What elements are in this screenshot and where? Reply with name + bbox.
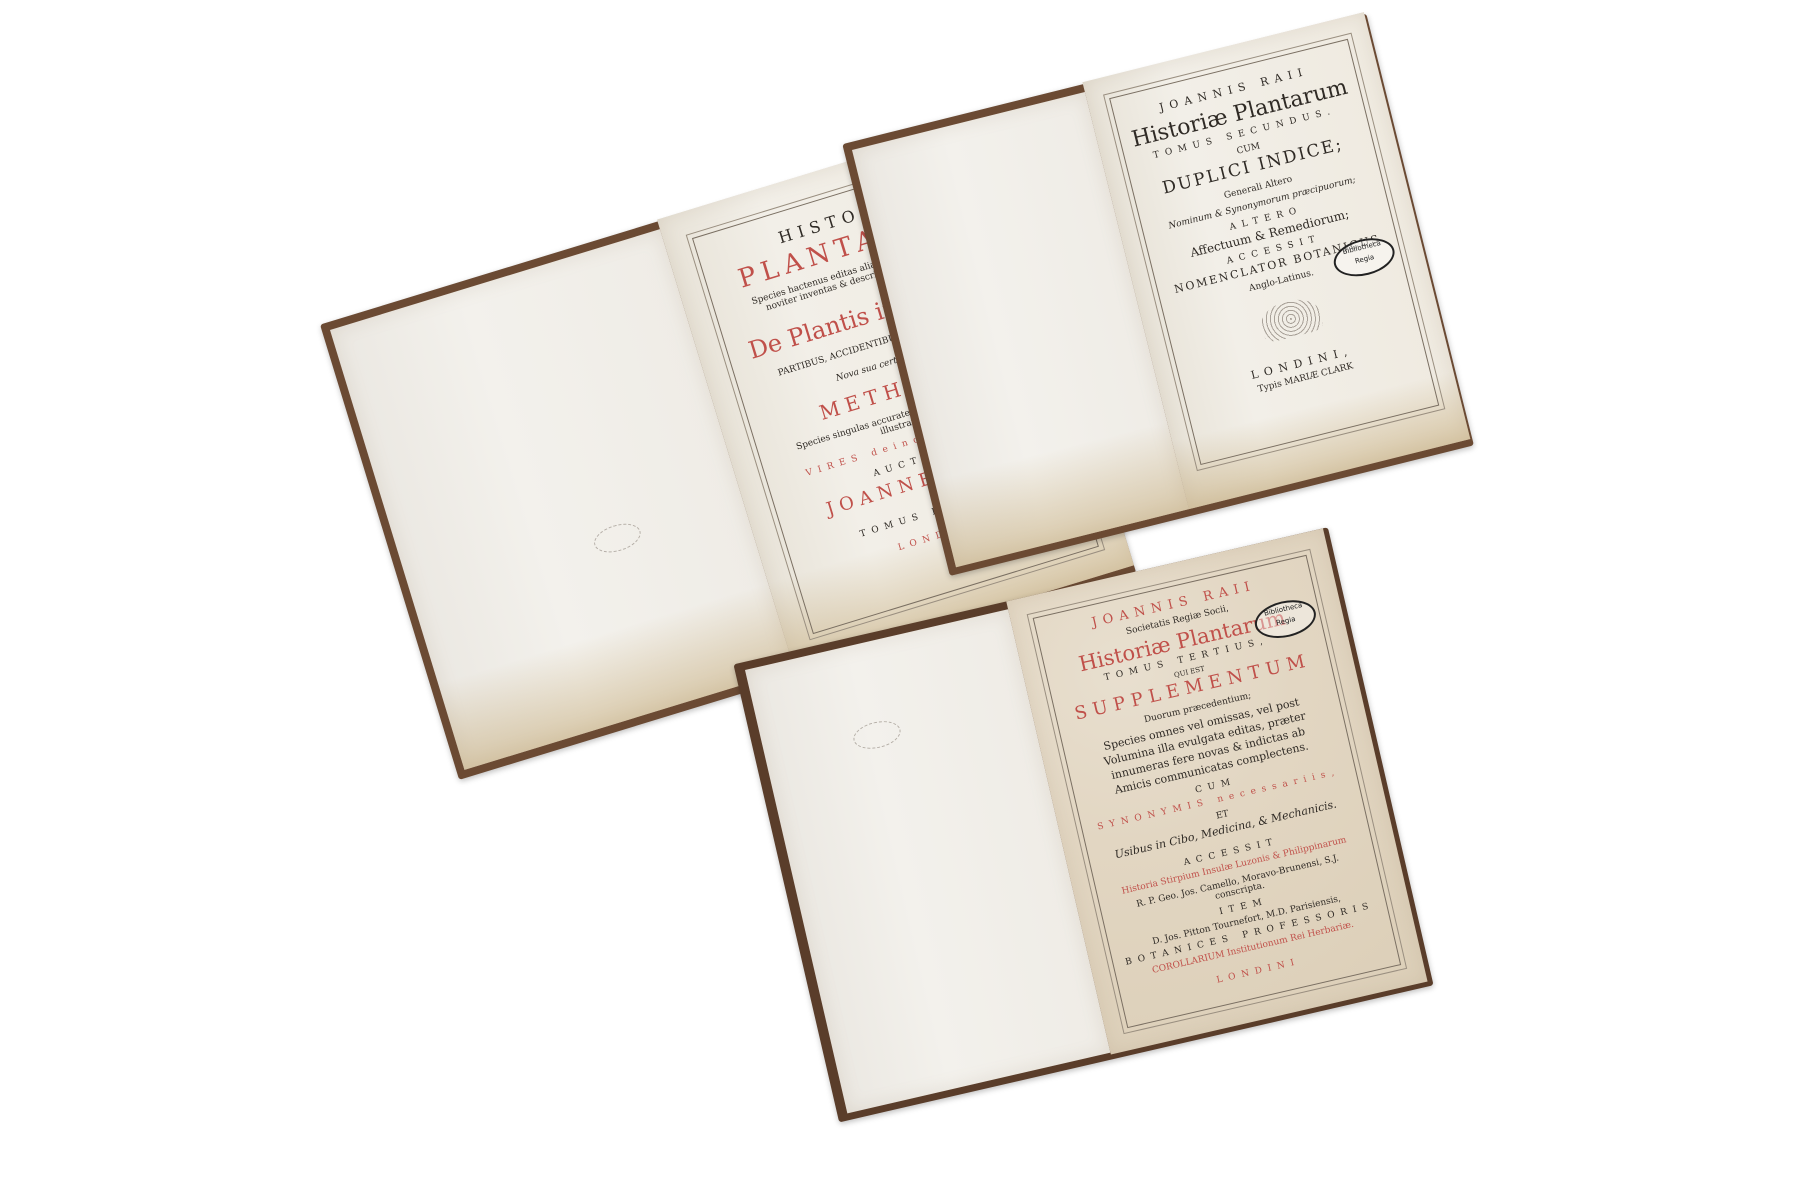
faded-stamp bbox=[591, 519, 645, 558]
faded-stamp bbox=[851, 717, 904, 753]
